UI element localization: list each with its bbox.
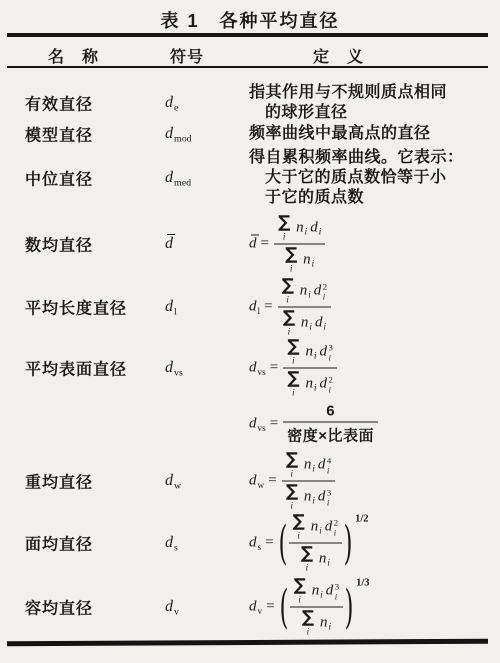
formula: dw=∑inid4i∑inid3i [249,451,336,512]
table-row: 重均直径 dw dw=∑inid4i∑inid3i [0,452,500,510]
name-cell: 有效直径 [25,92,160,115]
formula: dv=(∑inid3i∑ini)1/3 [249,577,370,638]
def-line: 得自累积频率曲线。它表示： [249,148,495,168]
table-title: 表 1 各种平均直径 [0,7,500,33]
formula: dvs=6密度×比表面 [249,402,379,447]
definition-cell: dvs=∑inid3i∑inid2i [249,338,495,399]
formula: d=∑inidi∑ini [249,214,326,275]
definition-cell: 得自累积频率曲线。它表示： 大于它的质点数恰等于小 于它的质点数 [249,148,495,208]
table-row: dvs=6密度×比表面 [0,398,500,450]
table-row: 平均长度直径 dl dl=∑inid2i∑inidi [0,278,500,336]
name-cell: 数均直径 [25,233,160,256]
def-line: 大于它的质点数恰等于小 [265,168,495,188]
table-row: 面均直径 ds ds=(∑inid2i∑ini)1/2 [0,510,500,576]
name-cell: 平均表面直径 [25,357,160,380]
symbol-cell: dw [165,472,243,490]
symbol-cell: de [165,94,243,112]
formula: dl=∑inid2i∑inidi [249,277,332,338]
name-cell: 中位直径 [25,167,160,190]
bottom-rule [7,639,488,646]
definition-cell: 指其作用与不规则质点相同 的球形直径 [249,83,495,123]
name-cell: 重均直径 [25,470,160,493]
header-definition: 定 义 [313,44,364,67]
symbol-cell: d [165,235,243,253]
table-row: 平均表面直径 dvs dvs=∑inid3i∑inid2i [0,338,500,398]
def-line: 指其作用与不规则质点相同 [249,83,495,103]
symbol-cell: dmed [165,169,243,187]
table-row: 数均直径 d d=∑inidi∑ini [0,215,500,273]
formula: dvs=∑inid3i∑inid2i [249,338,338,399]
def-line: 于它的质点数 [265,188,495,208]
document-page: 表 1 各种平均直径 名 称 符号 定 义 有效直径 de 指其作用与不规则质点… [0,0,500,663]
symbol-cell: dvs [165,359,243,377]
symbol-cell: ds [165,534,243,552]
table-row: 中位直径 dmed 得自累积频率曲线。它表示： 大于它的质点数恰等于小 于它的质… [0,146,500,210]
definition-cell: d=∑inidi∑ini [249,214,495,275]
name-cell: 模型直径 [25,123,160,146]
formula: ds=(∑inid2i∑ini)1/2 [249,513,368,574]
definition-cell: dl=∑inid2i∑inidi [249,277,495,338]
symbol-cell: dl [165,298,243,316]
header-symbol: 符号 [170,44,204,67]
top-rule [7,33,488,37]
definition-cell: dv=(∑inid3i∑ini)1/3 [249,577,495,638]
def-line: 频率曲线中最高点的直径 [249,124,495,144]
name-cell: 面均直径 [25,532,160,555]
table-row: 容均直径 dv dv=(∑inid3i∑ini)1/3 [0,576,500,638]
header-name: 名 称 [48,44,99,67]
name-cell: 平均长度直径 [25,296,160,319]
definition-cell: dw=∑inid4i∑inid3i [249,451,495,512]
header-rule [7,66,488,68]
definition-cell: 频率曲线中最高点的直径 [249,124,495,144]
symbol-cell: dv [165,598,243,616]
definition-cell: ds=(∑inid2i∑ini)1/2 [249,513,495,574]
symbol-cell: dmod [165,125,243,143]
table-row: 模型直径 dmod 频率曲线中最高点的直径 [0,120,500,148]
name-cell: 容均直径 [25,596,160,619]
definition-cell: dvs=6密度×比表面 [249,402,495,447]
